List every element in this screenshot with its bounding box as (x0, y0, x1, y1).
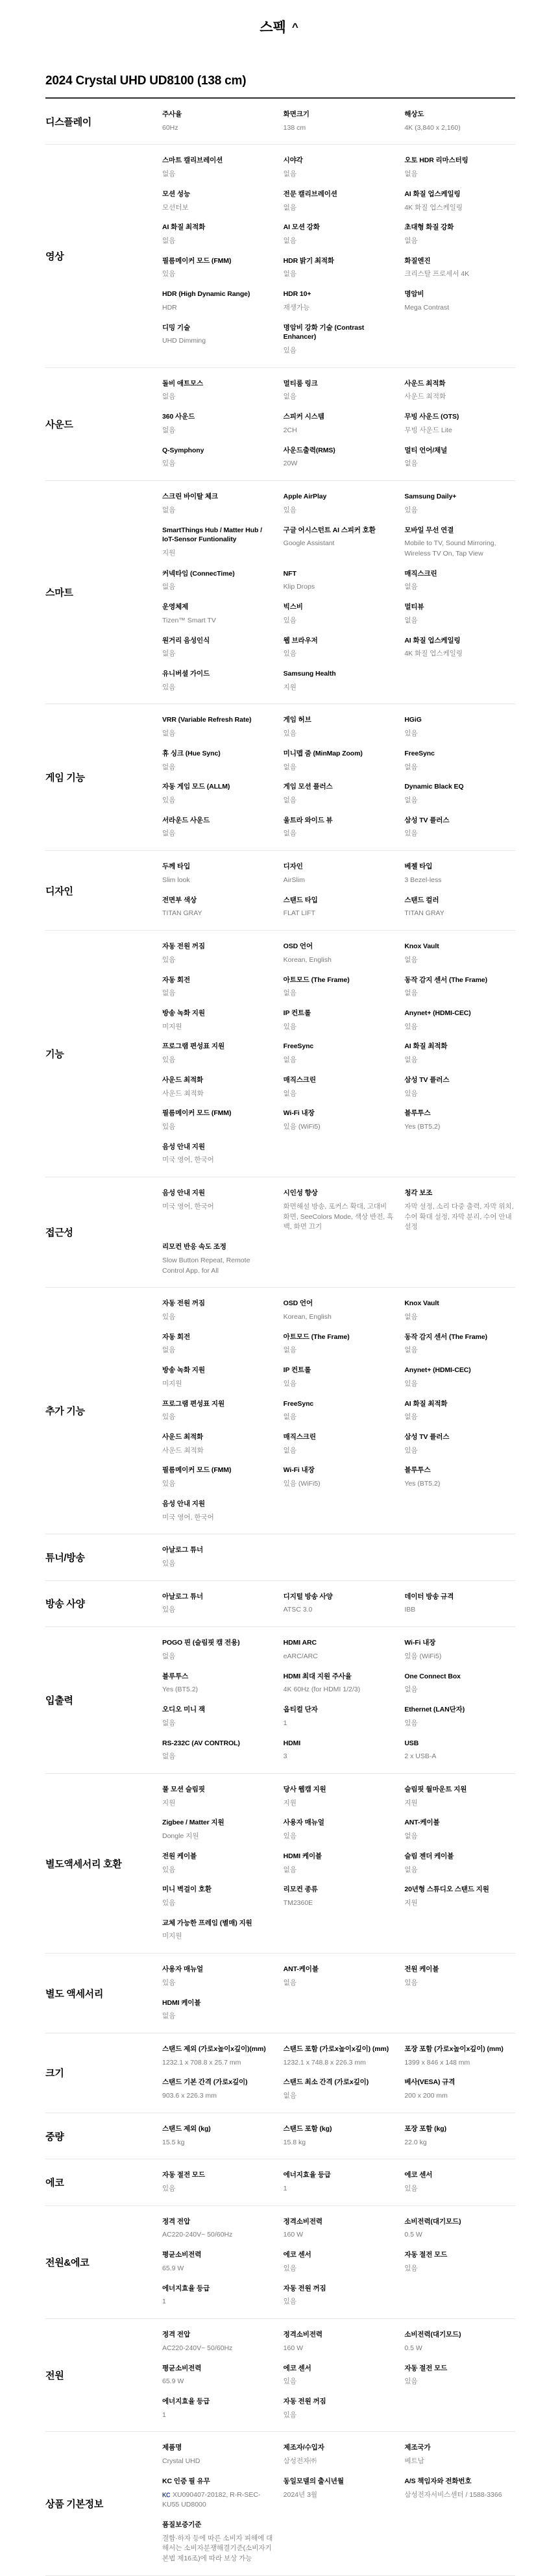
spec-item: 블루투스Yes (BT5.2) (404, 1109, 515, 1132)
spec-item: 삼성 TV 플러스있음 (404, 1075, 515, 1099)
spec-item-value-text: TM2360E (284, 1899, 313, 1907)
spec-item-label: 평균소비전력 (162, 2364, 273, 2374)
category-label: 크기 (45, 2066, 162, 2079)
spec-row: 원거리 음성인식없음웹 브라우저있음AI 화질 업스케일링4K 화질 업스케일링 (162, 636, 515, 659)
spec-item-value-text: 없음 (404, 1413, 417, 1421)
spec-item-value-text: 2CH (284, 426, 297, 434)
spec-row: 자동 회전없음아트모드 (The Frame)없음동작 감지 센서 (The F… (162, 975, 515, 999)
spec-item-value: 재생가능 (284, 303, 394, 313)
spec-item-value-text: 없음 (404, 1832, 417, 1840)
spec-item-value-text: 있음 (162, 460, 175, 467)
spec-item-label: 방송 녹화 지원 (162, 1366, 273, 1375)
spec-item-label: 시야각 (284, 156, 394, 166)
spec-item-value: 없음 (404, 1865, 515, 1876)
spec-item-label: 스탠드 컬러 (404, 896, 515, 905)
spec-item-value-text: Dongle 지원 (162, 1832, 199, 1840)
spec-item-label: 소비전력(대기모드) (404, 2330, 515, 2340)
spec-item-value: 있음 (162, 1412, 273, 1423)
spec-item-value-text: AC220-240V~ 50/60Hz (162, 2231, 232, 2239)
spec-item-label: 서라운드 사운드 (162, 816, 273, 826)
spec-item-value-text: 지원 (162, 549, 175, 557)
spec-item: 미니 벽걸이 호환있음 (162, 1885, 273, 1908)
spec-item-value-text: 없음 (404, 237, 417, 245)
spec-row: 유니버셜 가이드있음Samsung Health지원 (162, 669, 515, 693)
spec-item-value-text: 사운드 최적화 (404, 393, 446, 400)
spec-item-value: 없음 (284, 1089, 394, 1099)
spec-item-value-text: 지원 (284, 1799, 297, 1807)
spec-item-label: FreeSync (404, 749, 515, 759)
spec-item-value-text: Korean, English (284, 956, 332, 964)
spec-item: 모바일 무선 연결Mobile to TV, Sound Mirroring, … (404, 526, 515, 559)
spec-item-label: 시인성 향상 (284, 1188, 394, 1198)
spec-item-label: KC 인증 필 유무 (162, 2477, 273, 2486)
spec-item-label: Q-Symphony (162, 446, 273, 456)
spec-item-value: 없음 (284, 1446, 394, 1456)
spec-item-label: 스탠드 제외 (가로x높이x깊이)(mm) (162, 2044, 273, 2054)
spec-item: HDR (High Dynamic Range)HDR (162, 289, 273, 313)
spec-item-label: 소비전력(대기모드) (404, 2217, 515, 2227)
spec-item: OSD 언어Korean, English (284, 1299, 394, 1322)
spec-item-value: 2CH (284, 426, 394, 436)
spec-item-value: 없음 (162, 1345, 273, 1356)
spec-item-value: 없음 (162, 2011, 273, 2022)
spec-item-value-text: Mega Contrast (404, 304, 449, 312)
spec-item-value-text: 있음 (284, 1023, 297, 1031)
spec-item: 방송 녹화 지원미지원 (162, 1009, 273, 1032)
category-label: 전원&에코 (45, 2255, 162, 2269)
spec-item-value: AirSlim (284, 876, 394, 886)
spec-item: 두께 타입Slim look (162, 862, 273, 885)
spec-item-value: 삼성전자㈜ (284, 2457, 394, 2467)
spec-item-value: 미지원 (162, 1379, 273, 1390)
spec-item: 제조자/수입자삼성전자㈜ (284, 2443, 394, 2466)
spec-item-value-text: 없음 (162, 237, 175, 245)
spec-item-value-text: Tizen™ Smart TV (162, 617, 216, 624)
spec-item: 무빙 사운드 (OTS)무빙 사운드 Lite (404, 412, 515, 435)
spec-item: 시야각없음 (284, 156, 394, 179)
category-label: 입출력 (45, 1693, 162, 1707)
spec-item-label: 명암비 (404, 289, 515, 299)
spec-item-value-text: 있음 (162, 1866, 175, 1874)
spec-item-value: TM2360E (284, 1898, 394, 1909)
spec-item: 사운드 최적화사운드 최적화 (162, 1075, 273, 1099)
spec-item-value: 모션터보 (162, 203, 273, 214)
spec-item-label: 디밍 기술 (162, 323, 273, 333)
spec-item: HDR 밝기 최적화없음 (284, 256, 394, 280)
spec-item: 스마트 캘리브레이션없음 (162, 156, 273, 179)
spec-item-value: Korean, English (284, 955, 394, 966)
spec-row: 스크린 바이탈 체크없음Apple AirPlay있음Samsung Daily… (162, 492, 515, 515)
spec-item: Samsung Health지원 (284, 669, 394, 693)
spec-rows: 자동 전원 꺼짐있음OSD 언어Korean, EnglishKnox Vaul… (162, 942, 515, 1166)
spec-item-value: 사운드 최적화 (162, 1446, 273, 1456)
spec-item-label: HDR 10+ (284, 289, 394, 299)
spec-item-value: 없음 (284, 392, 394, 402)
spec-item: 구글 어시스턴트 AI 스피커 호환Google Assistant (284, 526, 394, 559)
spec-row: 스마트 캘리브레이션없음시야각없음오토 HDR 리마스터링없음 (162, 156, 515, 179)
spec-item-value-text: 있음 (284, 730, 297, 737)
spec-item: 포장 포함 (가로x높이x깊이) (mm)1399 x 846 x 148 mm (404, 2044, 515, 2068)
spec-item: A/S 책임자와 전화번호삼성전자서비스센터 / 1588-3366 (404, 2477, 515, 2510)
spec-item: USB2 x USB-A (404, 1739, 515, 1762)
spec-item-value-text: 없음 (162, 730, 175, 737)
spec-item-label: HDMI (284, 1739, 394, 1748)
spec-item-value: 20W (284, 459, 394, 469)
spec-item: 필름메이커 모드 (FMM)있음 (162, 1109, 273, 1132)
spec-item-value: 없음 (284, 1055, 394, 1066)
spec-item-label: 명암비 강화 기술 (Contrast Enhancer) (284, 323, 394, 342)
spec-item-label: 제조국가 (404, 2443, 515, 2453)
spec-item-value-text: 없음 (284, 270, 297, 278)
spec-row: 블루투스Yes (BT5.2)HDMI 최대 지원 주사율4K 60Hz (fo… (162, 1672, 515, 1695)
spec-item: 360 사운드없음 (162, 412, 273, 435)
spec-item-label: 블루투스 (404, 1466, 515, 1475)
spec-item: 웹 브라우저있음 (284, 636, 394, 659)
spec-item-value: 없음 (284, 988, 394, 999)
spec-row: 평균소비전력65.9 W에코 센서있음자동 절전 모드있음 (162, 2364, 515, 2387)
spec-item-label: POGO 핀 (슬림핏 캠 전용) (162, 1638, 273, 1648)
spec-item: 20년형 스튜디오 스탠드 지원지원 (404, 1885, 515, 1908)
spec-item-value: 자막 설정, 소리 다중 출력, 자막 위치, 수어 확대 설정, 자막 분리,… (404, 1202, 515, 1233)
spec-item: 평균소비전력65.9 W (162, 2250, 273, 2274)
spec-item-label: 휴 싱크 (Hue Sync) (162, 749, 273, 759)
spec-item-value: 있음 (162, 459, 273, 469)
spec-item-value-text: Slim look (162, 876, 190, 884)
spec-item-value-text: 있음 (162, 1560, 175, 1567)
spec-item-value-text: 있음 (404, 1090, 417, 1098)
spec-rows: 사용자 매뉴얼있음ANT-케이블없음전원 케이블있음HDMI 케이블없음 (162, 1965, 515, 2022)
spec-item: 데이터 방송 규격IBB (404, 1592, 515, 1615)
spec-item: VRR (Variable Refresh Rate)없음 (162, 715, 273, 739)
spec-item-value-text: 있음 (162, 1413, 175, 1421)
spec-row: 평균소비전력65.9 W에코 센서있음자동 절전 모드있음 (162, 2250, 515, 2274)
spec-item-label: 돌비 애트모스 (162, 379, 273, 389)
spec-item: ANT-케이블없음 (404, 1818, 515, 1841)
spec-row: 스탠드 제외 (kg)15.5 kg스탠드 포함 (kg)15.8 kg포장 포… (162, 2124, 515, 2148)
spec-item-label: 자동 게임 모드 (ALLM) (162, 782, 273, 792)
spec-item: POGO 핀 (슬림핏 캠 전용)없음 (162, 1638, 273, 1662)
spec-item-value-text: Yes (BT5.2) (404, 1480, 440, 1488)
spec-item-value: 없음 (404, 796, 515, 806)
spec-item-value: 138 cm (284, 123, 394, 134)
spec-item-label: 슬림 젠더 케이블 (404, 1852, 515, 1861)
spec-item-label: HDR 밝기 최적화 (284, 256, 394, 266)
spec-item: 프로그램 편성표 지원있음 (162, 1399, 273, 1423)
spec-item: 사운드 최적화사운드 최적화 (404, 379, 515, 402)
spec-item: 제품명Crystal UHD (162, 2443, 273, 2466)
spec-item-value: 있음 (284, 346, 394, 356)
spec-item-label: 정격 전압 (162, 2330, 273, 2340)
spec-item-value: 화면해설 방송, 포커스 확대, 고대비 화면, SeeColors Mode,… (284, 1202, 394, 1233)
spec-item-label: FreeSync (284, 1042, 394, 1051)
spec-item-value-text: 없음 (404, 796, 417, 804)
spec-item-value-text: ATSC 3.0 (284, 1606, 313, 1613)
spec-item-value-text: 미지원 (162, 1023, 182, 1031)
spec-row: 아날로그 튜너있음 (162, 1545, 515, 1569)
spec-item: 화면크기138 cm (284, 110, 394, 133)
spec-item-label: 자동 절전 모드 (404, 2364, 515, 2374)
spec-item-value: IBB (404, 1605, 515, 1615)
spec-item-label: 옵티컬 단자 (284, 1705, 394, 1715)
spec-item: FreeSync없음 (284, 1042, 394, 1065)
spec-item-value: 없음 (404, 169, 515, 180)
spec-item-value: Yes (BT5.2) (162, 1685, 273, 1695)
spec-item-value: 4K 화질 업스케일링 (404, 203, 515, 214)
spec-item-label: Knox Vault (404, 1299, 515, 1308)
spec-item-label: AI 화질 업스케일링 (404, 190, 515, 199)
spec-item-label: 아날로그 튜너 (162, 1545, 273, 1555)
spec-item-value-text: 0.5 W (404, 2231, 422, 2239)
spec-item-label: 에코 센서 (404, 2170, 515, 2180)
spec-item-value-text: 지원 (162, 1799, 175, 1807)
spec-item-label: 필름메이커 모드 (FMM) (162, 256, 273, 266)
spec-section-toggle[interactable]: 스펙 ^ (0, 0, 558, 42)
spec-item-value: 0.5 W (404, 2344, 515, 2354)
spec-item-value-text: 138 cm (284, 124, 306, 132)
spec-item: AI 화질 최적화없음 (404, 1399, 515, 1423)
spec-item: 방송 녹화 지원미지원 (162, 1366, 273, 1389)
spec-item-value: Klip Drops (284, 582, 394, 593)
spec-item-value-text: 없음 (404, 583, 417, 591)
spec-item-label: 품질보증기준 (162, 2520, 273, 2530)
spec-item-label: 스마트 캘리브레이션 (162, 156, 273, 166)
spec-item-label: 에코 센서 (284, 2364, 394, 2374)
spec-row: Q-Symphony있음사운드출력(RMS)20W멀티 언어/채널없음 (162, 446, 515, 469)
spec-item-label: 필름메이커 모드 (FMM) (162, 1466, 273, 1475)
spec-item-label: USB (404, 1739, 515, 1748)
spec-item: 서라운드 사운드없음 (162, 816, 273, 839)
spec-item-value-text: 있음 (404, 730, 417, 737)
spec-item-value: 있음 (162, 1559, 273, 1569)
spec-item-label: AI 화질 최적화 (404, 1042, 515, 1051)
spec-item-value-text: 4K 화질 업스케일링 (404, 650, 463, 657)
spec-item-value: 있음 (162, 1605, 273, 1615)
spec-item-label: 멀티뷰 (404, 602, 515, 612)
spec-item: 원거리 음성인식없음 (162, 636, 273, 659)
spec-item-value: 없음 (162, 392, 273, 402)
category-label: 추가 기능 (45, 1404, 162, 1417)
spec-item: 전문 캘리브레이션없음 (284, 190, 394, 213)
spec-item: 청각 보조자막 설정, 소리 다중 출력, 자막 위치, 수어 확대 설정, 자… (404, 1188, 515, 1233)
spec-item-label: 포장 포함 (가로x높이x깊이) (mm) (404, 2044, 515, 2054)
spec-item-value-text: 없음 (284, 1056, 297, 1064)
spec-item: ANT-케이블없음 (284, 1965, 394, 1988)
spec-item-value-text: 미국 영어, 한국어 (162, 1156, 214, 1164)
spec-item-value: 없음 (284, 1345, 394, 1356)
spec-item-label: 스탠드 제외 (kg) (162, 2124, 273, 2134)
spec-item-value: 지원 (162, 548, 273, 559)
spec-item-label: Zigbee / Matter 지원 (162, 1818, 273, 1828)
spec-item: 정격소비전력160 W (284, 2330, 394, 2353)
spec-item-value-text: 없음 (284, 796, 297, 804)
spec-item: 정격 전압AC220-240V~ 50/60Hz (162, 2330, 273, 2353)
spec-item-value: FLAT LIFT (284, 909, 394, 919)
spec-item-value-text: 없음 (404, 1313, 417, 1321)
spec-item: Zigbee / Matter 지원Dongle 지원 (162, 1818, 273, 1841)
spec-item-value: 있음 (404, 2264, 515, 2274)
spec-item-label: IP 컨트롤 (284, 1366, 394, 1375)
spec-content: 2024 Crystal UHD UD8100 (138 cm) 디스플레이주사… (45, 74, 515, 2576)
spec-row: 사용자 매뉴얼있음ANT-케이블없음전원 케이블있음 (162, 1965, 515, 1988)
spec-item-value: Yes (BT5.2) (404, 1122, 515, 1133)
spec-item: 화질엔진크리스탈 프로세서 4K (404, 256, 515, 280)
spec-row: 정격 전압AC220-240V~ 50/60Hz정격소비전력160 W소비전력(… (162, 2217, 515, 2240)
spec-row: Zigbee / Matter 지원Dongle 지원사용자 매뉴얼있음ANT-… (162, 1818, 515, 1841)
spec-item-value-text: 있음 (WiFi5) (404, 1652, 441, 1660)
spec-item-value-text: XU090407-20182, R-R-SEC-KU55 UD8000 (162, 2491, 260, 2509)
spec-item: Q-Symphony있음 (162, 446, 273, 469)
spec-item: 매직스크린없음 (284, 1075, 394, 1099)
spec-item: NFTKlip Drops (284, 569, 394, 593)
spec-item: KC 인증 필 유무KCXU090407-20182, R-R-SEC-KU55… (162, 2477, 273, 2510)
spec-item-label: 스크린 바이탈 체크 (162, 492, 273, 502)
spec-item: 에코 센서있음 (284, 2364, 394, 2387)
spec-item-value: 없음 (284, 796, 394, 806)
spec-item-value: 없음 (162, 829, 273, 839)
spec-item-value-text: 없음 (284, 1866, 297, 1874)
spec-section: 튜너/방송아날로그 튜너있음 (45, 1534, 515, 1580)
spec-item: 에코 센서있음 (284, 2250, 394, 2274)
spec-rows: 정격 전압AC220-240V~ 50/60Hz정격소비전력160 W소비전력(… (162, 2217, 515, 2307)
spec-item-value-text: Klip Drops (284, 583, 315, 591)
spec-item: 빅스비있음 (284, 602, 394, 626)
spec-item-value-text: 0.5 W (404, 2344, 422, 2352)
spec-item-label: 게임 허브 (284, 715, 394, 725)
spec-row: 휴 싱크 (Hue Sync)없음미니맵 줌 (MinMap Zoom)없음Fr… (162, 749, 515, 772)
spec-item-label: 스탠드 타입 (284, 896, 394, 905)
spec-item-value-text: 있음 (162, 683, 175, 691)
spec-row: 품질보증기준결함·하자 등에 따른 소비자 피해에 대해서는 소비자분쟁해결기준… (162, 2520, 515, 2564)
spec-item-value: 없음 (162, 169, 273, 180)
spec-item-value: 없음 (404, 616, 515, 626)
spec-item-value-text: 없음 (284, 170, 297, 178)
spec-item-value: 사운드 최적화 (162, 1089, 273, 1099)
spec-item: Ethernet (LAN단자)있음 (404, 1705, 515, 1728)
spec-item-value: 지원 (404, 1898, 515, 1909)
spec-item-value: 미지원 (162, 1932, 273, 1942)
spec-item-label: 필름메이커 모드 (FMM) (162, 1109, 273, 1118)
spec-row: 360 사운드없음스피커 시스템2CH무빙 사운드 (OTS)무빙 사운드 Li… (162, 412, 515, 435)
spec-item-value: 없음 (162, 988, 273, 999)
spec-item-label: Ethernet (LAN단자) (404, 1705, 515, 1715)
spec-rows: 아날로그 튜너있음 (162, 1545, 515, 1569)
spec-item-label: 오토 HDR 리마스터링 (404, 156, 515, 166)
spec-section: 에코자동 절전 모드있음에너지효율 등급1에코 센서있음 (45, 2159, 515, 2205)
spec-item-value-text: 20W (284, 460, 298, 467)
spec-item-label: 동작 감지 센서 (The Frame) (404, 975, 515, 985)
spec-row: 자동 절전 모드있음에너지효율 등급1에코 센서있음 (162, 2170, 515, 2194)
spec-item-value: 지원 (404, 1798, 515, 1809)
spec-item-value-text: Mobile to TV, Sound Mirroring, Wireless … (404, 539, 496, 558)
spec-item-label: 자동 전원 꺼짐 (162, 1299, 273, 1308)
spec-item-value: 없음 (404, 459, 515, 469)
spec-section: 접근성음성 안내 지원미국 영어, 한국어시인성 향상화면해설 방송, 포커스 … (45, 1177, 515, 1288)
category-label: 사운드 (45, 417, 162, 431)
spec-item: 디자인AirSlim (284, 862, 394, 885)
spec-item-value: 베트남 (404, 2457, 515, 2467)
spec-item-value-text: 모션터보 (162, 204, 189, 212)
spec-item-value-text: 미국 영어, 한국어 (162, 1203, 214, 1210)
spec-row: 정격 전압AC220-240V~ 50/60Hz정격소비전력160 W소비전력(… (162, 2330, 515, 2353)
spec-row: 사운드 최적화사운드 최적화매직스크린없음삼성 TV 플러스있음 (162, 1075, 515, 1099)
spec-item-value: 있음 (284, 649, 394, 659)
spec-item-value-text: 없음 (162, 650, 175, 657)
spec-item-value: 있음 (284, 2297, 394, 2307)
spec-item-value-text: 있음 (404, 1447, 417, 1454)
spec-item-value-text: 160 W (284, 2344, 303, 2352)
spec-item-value-text: 없음 (404, 1056, 417, 1064)
spec-row: 오디오 미니 잭없음옵티컬 단자1Ethernet (LAN단자)있음 (162, 1705, 515, 1728)
spec-item-label: 360 사운드 (162, 412, 273, 422)
spec-item: SmartThings Hub / Matter Hub / IoT-Senso… (162, 526, 273, 559)
spec-item: 자동 절전 모드있음 (162, 2170, 273, 2194)
spec-item-value: 없음 (284, 763, 394, 773)
spec-item-value-text: 지원 (404, 1899, 417, 1907)
spec-item: AI 화질 업스케일링4K 화질 업스케일링 (404, 636, 515, 659)
spec-item-value: 있음 (284, 2410, 394, 2421)
spec-item-value-text: 지원 (284, 683, 297, 691)
spec-row: 자동 회전없음아트모드 (The Frame)없음동작 감지 센서 (The F… (162, 1332, 515, 1356)
spec-item: 당사 웹캠 지원지원 (284, 1785, 394, 1808)
spec-item-label: 커넥타임 (ConnecTime) (162, 569, 273, 579)
spec-item-value-text: Yes (BT5.2) (162, 1686, 198, 1693)
spec-item-label: 에너지효율 등급 (162, 2284, 273, 2294)
category-label: 방송 사양 (45, 1597, 162, 1610)
spec-item-value: 없음 (284, 236, 394, 247)
spec-rows: 풀 모션 슬림핏지원당사 웹캠 지원지원슬림핏 월마운트 지원지원Zigbee … (162, 1785, 515, 1942)
spec-item-value-text: 없음 (162, 1652, 175, 1660)
spec-item-value-text: 200 x 200 mm (404, 2092, 448, 2100)
spec-item-label: 자동 절전 모드 (404, 2250, 515, 2260)
spec-item: Anynet+ (HDMI-CEC)있음 (404, 1366, 515, 1389)
spec-item-label: ANT-케이블 (284, 1965, 394, 1974)
spec-item-value: 없음 (404, 236, 515, 247)
spec-section: 상품 기본정보제품명Crystal UHD제조자/수입자삼성전자㈜제조국가베트남… (45, 2432, 515, 2576)
spec-item: 에너지효율 등급1 (162, 2284, 273, 2307)
spec-item: 동일모델의 출시년월2024년 3월 (284, 2477, 394, 2510)
spec-item-value: AC220-240V~ 50/60Hz (162, 2230, 273, 2240)
spec-item-label: 원거리 음성인식 (162, 636, 273, 646)
spec-item-value: 없음 (162, 506, 273, 516)
spec-item-value: KCXU090407-20182, R-R-SEC-KU55 UD8000 (162, 2490, 273, 2511)
spec-item: 울트라 와이드 뷰없음 (284, 816, 394, 839)
spec-row: RS-232C (AV CONTROL)없음HDMI3USB2 x USB-A (162, 1739, 515, 1762)
spec-item-value-text: 있음 (162, 1979, 175, 1987)
spec-item-value: 없음 (284, 829, 394, 839)
spec-item-value-text: 없음 (404, 460, 417, 467)
spec-rows: 음성 안내 지원미국 영어, 한국어시인성 향상화면해설 방송, 포커스 확대,… (162, 1188, 515, 1276)
spec-item: 블루투스Yes (BT5.2) (162, 1672, 273, 1695)
spec-item: 자동 전원 꺼짐있음 (284, 2284, 394, 2307)
spec-item-value: 없음 (162, 763, 273, 773)
spec-item-label: 풀 모션 슬림핏 (162, 1785, 273, 1795)
spec-item-value-text: 1399 x 846 x 148 mm (404, 2059, 470, 2067)
spec-item-label: 멀티룸 링크 (284, 379, 394, 389)
spec-item-value: 1 (162, 2297, 273, 2307)
spec-item-value: 없음 (284, 203, 394, 214)
spec-item-value-text: 있음 (404, 2185, 417, 2192)
spec-item: 멀티 언어/채널없음 (404, 446, 515, 469)
spec-row: 리모컨 반응 속도 조정Slow Button Repeat, Remote C… (162, 1242, 515, 1276)
spec-item: 소비전력(대기모드)0.5 W (404, 2217, 515, 2240)
spec-section: 입출력POGO 핀 (슬림핏 캠 전용)없음HDMI ARCeARC/ARCWi… (45, 1627, 515, 1774)
spec-item-label: 프로그램 편성표 지원 (162, 1042, 273, 1051)
spec-item-value: 있음 (284, 2377, 394, 2387)
spec-section: 영상스마트 캘리브레이션없음시야각없음오토 HDR 리마스터링없음모션 성능모션… (45, 145, 515, 367)
spec-item: 자동 전원 꺼짐있음 (162, 1299, 273, 1322)
spec-item-value: 4K (3,840 x 2,160) (404, 123, 515, 134)
spec-item: 미니맵 줌 (MinMap Zoom)없음 (284, 749, 394, 772)
